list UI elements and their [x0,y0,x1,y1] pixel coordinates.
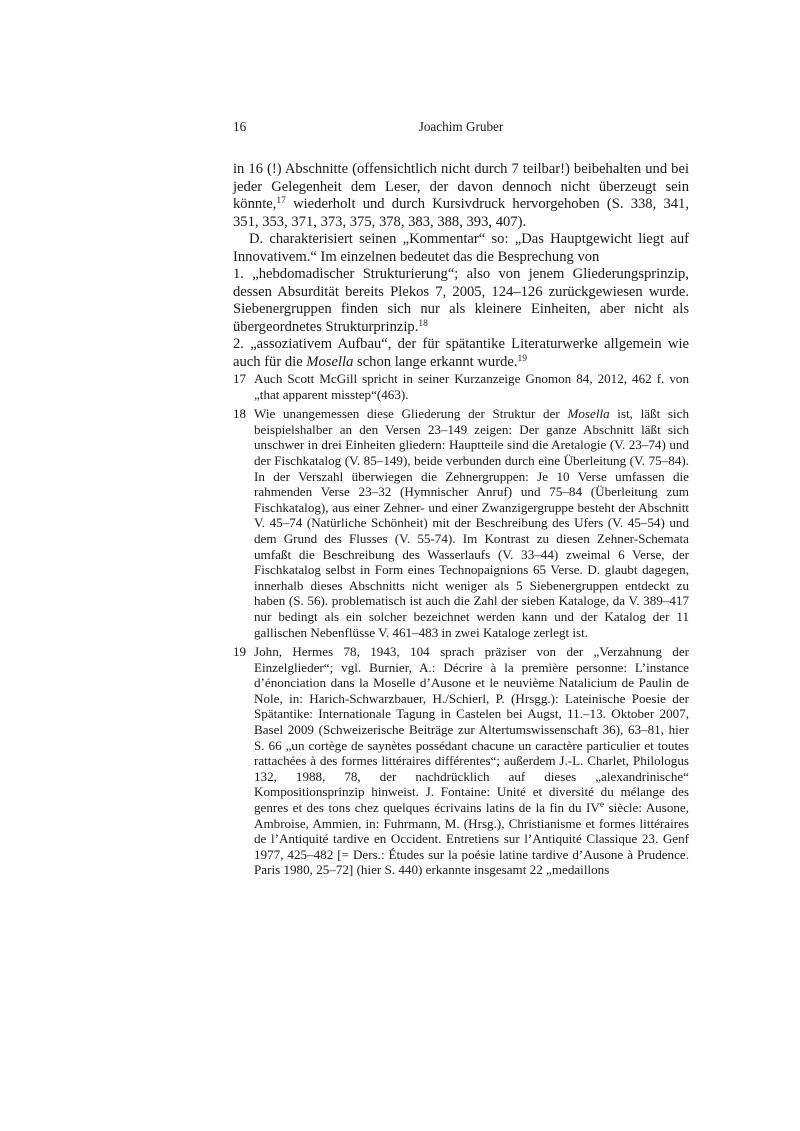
footnote-ref-18[interactable]: 18 [418,319,428,329]
footnote-text: Auch Scott McGill spricht in seiner Kurz… [254,371,689,402]
footnote-ref-17[interactable]: 17 [276,196,286,206]
footnote-18: 18 Wie unangemessen diese Gliederung der… [233,406,689,640]
footnote-number: 19 [233,644,246,660]
footnotes: 17 Auch Scott McGill spricht in seiner K… [233,371,689,882]
running-head-author: Joachim Gruber [233,119,689,135]
list-item-2: 2. „assoziativem Aufbau“, der für spätan… [233,336,689,371]
running-header: 16 Joachim Gruber [233,119,689,137]
text-run: schon lange erkannt wurde. [353,354,517,370]
footnote-19: 19 John, Hermes 78, 1943, 104 sprach prä… [233,644,689,878]
text-run: ist, läßt sich beispielshalber an den Ve… [254,406,689,639]
footnote-number: 18 [233,406,246,422]
text-run: John, Hermes 78, 1943, 104 sprach präzis… [254,644,689,815]
italic-title: Mosella [306,354,353,370]
paragraph-kommentar: D. charakterisiert seinen „Kommentar“ so… [233,231,689,266]
footnote-17: 17 Auch Scott McGill spricht in seiner K… [233,371,689,402]
footnote-text: Wie unangemessen diese Gliederung der St… [254,406,689,640]
text-run: 1. „hebdomadischer Strukturierung“; also… [233,266,689,335]
text-run: wiederholt und durch Kursivdruck hervorg… [233,196,689,230]
footnote-text: John, Hermes 78, 1943, 104 sprach präzis… [254,644,689,878]
italic-title: Mosella [567,406,609,421]
text-run: Wie unangemessen diese Gliederung der St… [254,406,567,421]
footnote-ref-19[interactable]: 19 [518,354,528,364]
list-item-1: 1. „hebdomadischer Strukturierung“; also… [233,266,689,336]
paragraph-continuation: in 16 (!) Abschnitte (offensichtlich nic… [233,161,689,231]
footnote-number: 17 [233,371,246,387]
main-text: in 16 (!) Abschnitte (offensichtlich nic… [233,161,689,371]
